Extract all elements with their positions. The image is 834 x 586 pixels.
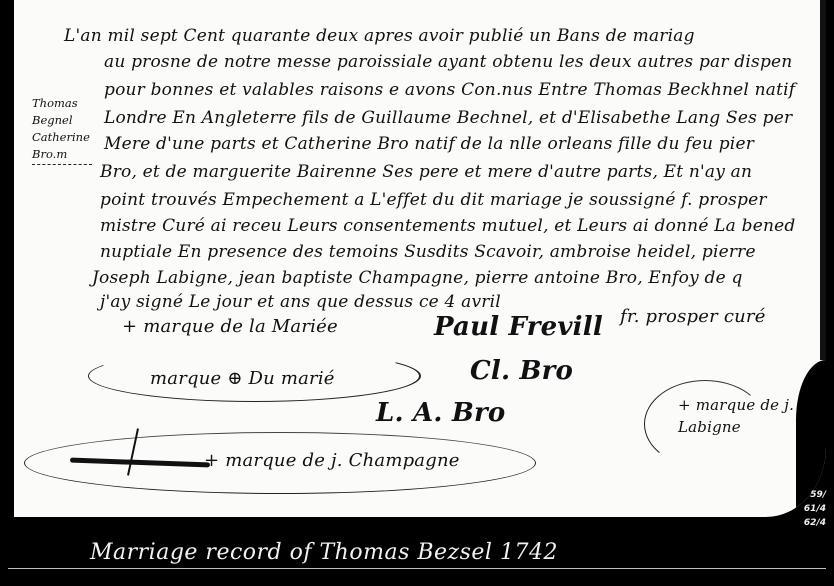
margin-note-line: Bro.m xyxy=(32,146,94,163)
body-line-8: mistre Curé ai receu Leurs consentements… xyxy=(100,216,795,236)
body-line-9: nuptiale En presence des temoins Susdits… xyxy=(100,242,756,262)
folio-number: 62/4 xyxy=(800,516,826,530)
folio-number: 59/ xyxy=(800,488,826,502)
bride-mark: + marque de la Mariée xyxy=(122,316,338,337)
signature-cl-bro: Cl. Bro xyxy=(470,356,573,386)
archive-caption: Marriage record of Thomas Bezsel 1742 xyxy=(90,540,558,565)
margin-note: Thomas Begnel Catherine Bro.m xyxy=(32,95,94,165)
margin-note-line: Begnel xyxy=(32,112,94,129)
body-line-2: au prosne de notre messe paroissiale aya… xyxy=(104,52,792,72)
margin-note-line: Catherine xyxy=(32,129,94,146)
signature-priest: fr. prosper curé xyxy=(620,306,766,327)
champagne-mark: + marque de j. Champagne xyxy=(204,450,460,471)
margin-note-line: Thomas xyxy=(32,95,94,112)
body-line-3: pour bonnes et valables raisons e avons … xyxy=(104,80,795,100)
document-page: Thomas Begnel Catherine Bro.m L'an mil s… xyxy=(14,0,826,517)
signature-la-bro: L. A. Bro xyxy=(376,398,505,428)
folio-number: 61/4 xyxy=(800,502,826,516)
margin-note-rule xyxy=(32,164,92,165)
body-line-11: j'ay signé Le jour et ans que dessus ce … xyxy=(100,292,501,312)
caption-underline xyxy=(8,568,826,569)
body-line-5: Mere d'une parts et Catherine Bro natif … xyxy=(104,134,754,154)
body-line-1: L'an mil sept Cent quarante deux apres a… xyxy=(64,26,695,46)
body-line-10: Joseph Labigne, jean baptiste Champagne,… xyxy=(92,268,743,288)
body-line-4: Londre En Angleterre fils de Guillaume B… xyxy=(104,108,792,128)
groom-mark: marque ⊕ Du marié xyxy=(150,368,335,389)
folio-numbers: 59/ 61/4 62/4 xyxy=(800,488,826,530)
body-line-7: point trouvés Empechement a L'effet du d… xyxy=(100,190,767,210)
body-line-6: Bro, et de marguerite Bairenne Ses pere … xyxy=(100,162,752,182)
signature-paul-frevill: Paul Frevill xyxy=(434,312,603,342)
